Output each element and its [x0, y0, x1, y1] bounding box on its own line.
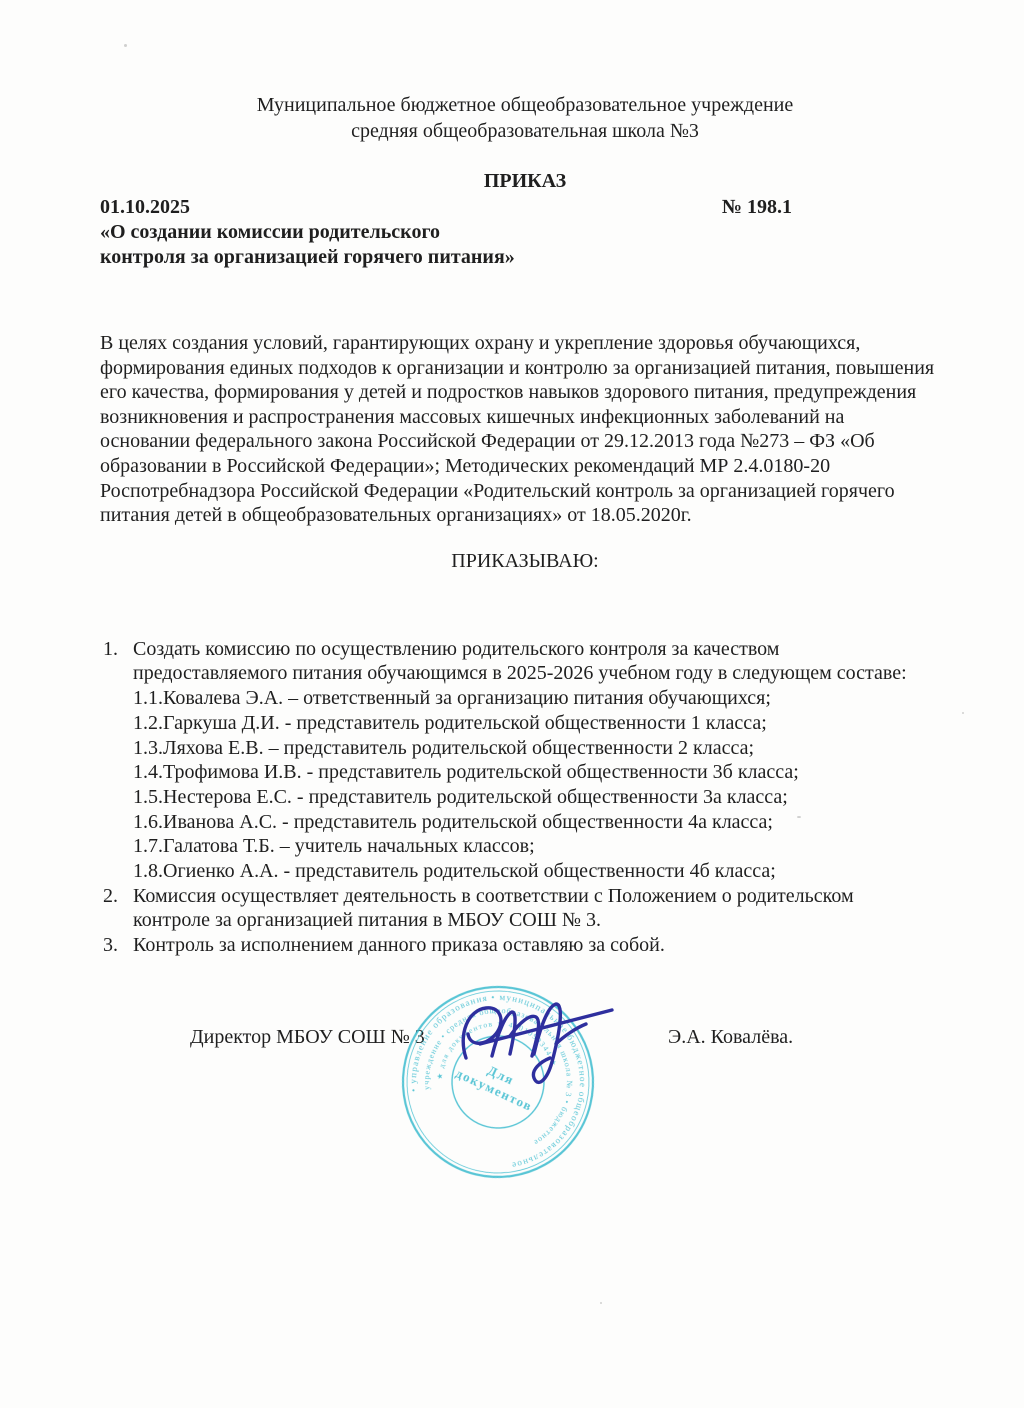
- order-item-2-body: Комиссия осуществляет деятельность в соо…: [133, 884, 950, 933]
- order-meta-row: 01.10.2025 № 198.1: [100, 195, 950, 220]
- org-name-line2: средняя общеобразовательная школа №3: [100, 118, 950, 144]
- preamble-paragraph: В целях создания условий, гарантирующих …: [100, 331, 950, 528]
- order-title: ПРИКАЗ: [100, 168, 950, 194]
- signature-name: Э.А. Ковалёва.: [668, 1026, 793, 1049]
- order-item-1: 1. Создать комиссию по осуществлению род…: [100, 637, 950, 884]
- order-item-1-line: предоставляемого питания обучающимся в 2…: [133, 661, 950, 686]
- order-subitem: 1.4.Трофимова И.В. - представитель родит…: [133, 760, 950, 785]
- scan-speck: [962, 712, 964, 714]
- preamble-line: образовании в Российской Федерации»; Мет…: [100, 454, 950, 479]
- preamble-line: основании федерального закона Российской…: [100, 429, 950, 454]
- order-date: 01.10.2025: [100, 195, 190, 220]
- handwritten-signature: [452, 984, 624, 1096]
- order-number: № 198.1: [722, 195, 792, 220]
- order-subject-line2: контроля за организацией горячего питани…: [100, 245, 950, 270]
- preamble-line: формирования единых подходов к организац…: [100, 356, 950, 381]
- handwritten-signature-graphic: [452, 984, 624, 1096]
- order-subitem: 1.3.Ляхова Е.В. – представитель родитель…: [133, 736, 950, 761]
- order-subitem: 1.6.Иванова А.С. - представитель родител…: [133, 810, 950, 835]
- preamble-line: его качества, формирования у детей и под…: [100, 380, 950, 405]
- document-content: Муниципальное бюджетное общеобразователь…: [100, 92, 950, 958]
- preamble-line: Роспотребнадзора Российской Федерации «Р…: [100, 479, 950, 504]
- order-item-3-number: 3.: [100, 933, 133, 958]
- scan-speck: [797, 816, 801, 818]
- scan-speck: [124, 44, 127, 47]
- order-item-2: 2. Комиссия осуществляет деятельность в …: [100, 884, 950, 933]
- preamble-line: В целях создания условий, гарантирующих …: [100, 331, 950, 356]
- order-subitem: 1.8.Огиенко А.А. - представитель родител…: [133, 859, 950, 884]
- order-item-3: 3. Контроль за исполнением данного прика…: [100, 933, 950, 958]
- scanned-order-page: Муниципальное бюджетное общеобразователь…: [0, 0, 1024, 1408]
- preamble-line: питания детей в общеобразовательных орга…: [100, 503, 950, 528]
- order-items-list: 1. Создать комиссию по осуществлению род…: [100, 637, 950, 958]
- org-name-line1: Муниципальное бюджетное общеобразователь…: [100, 92, 950, 118]
- order-item-3-line: Контроль за исполнением данного приказа …: [133, 933, 950, 958]
- preamble-line: возникновения и распространения массовых…: [100, 405, 950, 430]
- order-subitem: 1.1.Ковалева Э.А. – ответственный за орг…: [133, 686, 950, 711]
- resolution-heading: ПРИКАЗЫВАЮ:: [100, 549, 950, 574]
- order-subitem: 1.7.Галатова Т.Б. – учитель начальных кл…: [133, 834, 950, 859]
- order-item-2-line: контроле за организацией питания в МБОУ …: [133, 908, 950, 933]
- order-item-2-number: 2.: [100, 884, 133, 933]
- order-subitem: 1.5.Нестерова Е.С. - представитель родит…: [133, 785, 950, 810]
- order-item-1-line: Создать комиссию по осуществлению родите…: [133, 637, 950, 662]
- scan-speck: [600, 1302, 602, 1304]
- scan-speck: [104, 898, 107, 900]
- order-item-1-body: Создать комиссию по осуществлению родите…: [133, 637, 950, 884]
- order-subitem: 1.2.Гаркуша Д.И. - представитель родител…: [133, 711, 950, 736]
- order-subject-line1: «О создании комиссии родительского: [100, 220, 950, 245]
- order-item-2-line: Комиссия осуществляет деятельность в соо…: [133, 884, 950, 909]
- order-item-1-number: 1.: [100, 637, 133, 884]
- order-item-3-body: Контроль за исполнением данного приказа …: [133, 933, 950, 958]
